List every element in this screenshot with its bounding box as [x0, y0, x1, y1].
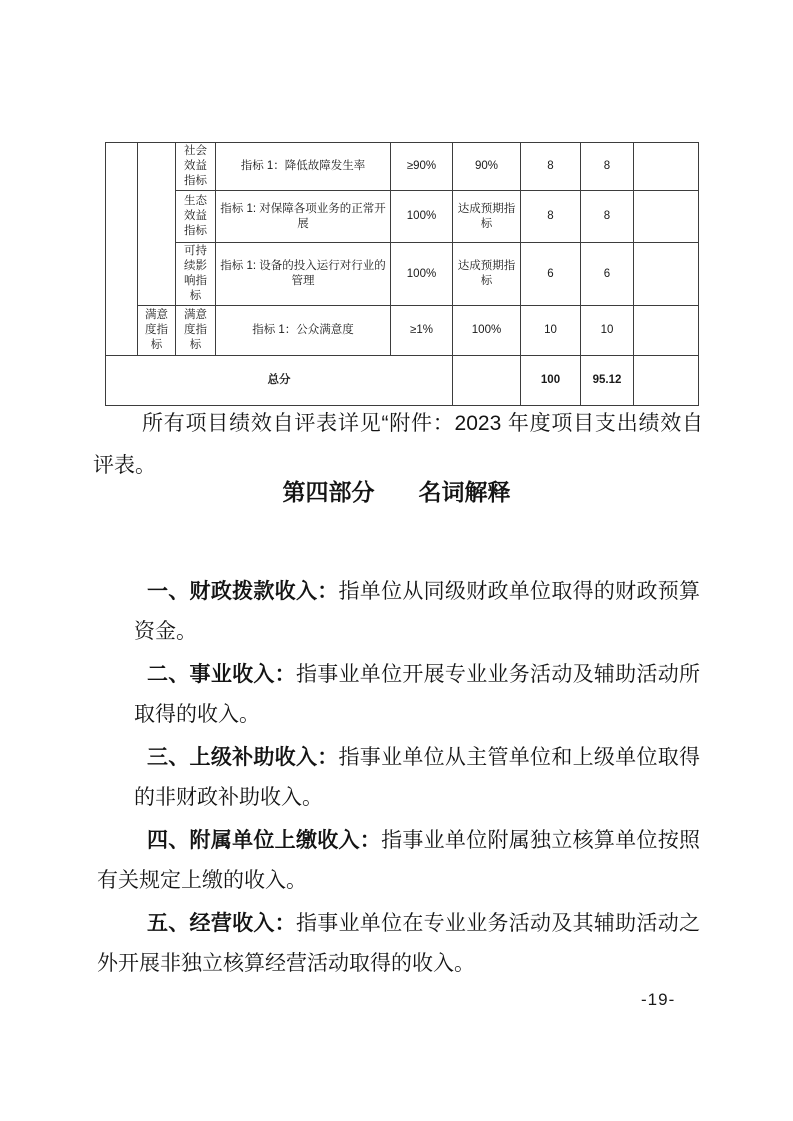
- glossary-term: 四、附属单位上缴收入：: [147, 829, 381, 852]
- performance-score-table: 社会效益指标 指标 1：降低故障发生率 ≥90% 90% 8 8 生态效益指标 …: [105, 142, 699, 406]
- table-total-row: 总分 100 95.12: [106, 356, 699, 406]
- cell-note-empty: [634, 306, 699, 356]
- cell-completion: 90%: [453, 143, 521, 191]
- section-heading-part: 第四部分: [283, 479, 375, 505]
- cell-indicator: 指标 1: 设备的投入运行对行业的管理: [216, 243, 391, 306]
- glossary-term: 三、上级补助收入：: [147, 746, 339, 769]
- table-row: 社会效益指标 指标 1：降低故障发生率 ≥90% 90% 8 8: [106, 143, 699, 191]
- cell-note-empty: [634, 243, 699, 306]
- glossary-item: 三、上级补助收入：指事业单位从主管单位和上级单位取得的非财政补助收入。: [97, 738, 700, 818]
- cell-points: 6: [521, 243, 581, 306]
- cell-total-label: 总分: [106, 356, 453, 406]
- cell-score: 10: [581, 306, 634, 356]
- cell-indicator: 指标 1：降低故障发生率: [216, 143, 391, 191]
- cell-points: 8: [521, 143, 581, 191]
- cell-level1-empty: [106, 143, 138, 356]
- glossary-item: 一、财政拨款收入：指单位从同级财政单位取得的财政预算资金。: [97, 572, 700, 652]
- cell-points: 8: [521, 191, 581, 243]
- cell-level2-empty: [138, 143, 176, 306]
- cell-note-empty: [634, 191, 699, 243]
- cell-level3: 生态效益指标: [176, 191, 216, 243]
- glossary-term: 二、事业收入：: [147, 663, 296, 686]
- glossary-item: 四、附属单位上缴收入：指事业单位附属独立核算单位按照有关规定上缴的收入。: [97, 821, 700, 901]
- cell-note-empty: [634, 356, 699, 406]
- cell-completion: 达成预期指标: [453, 191, 521, 243]
- section-heading: 第四部分名词解释: [0, 477, 793, 507]
- cell-score: 8: [581, 191, 634, 243]
- cell-target: 100%: [391, 243, 453, 306]
- table-row: 满意度指标 满意度指标 指标 1：公众满意度 ≥1% 100% 10 10: [106, 306, 699, 356]
- cell-score: 6: [581, 243, 634, 306]
- cell-level3: 社会效益指标: [176, 143, 216, 191]
- section-heading-title: 名词解释: [419, 479, 511, 505]
- cell-level2: 满意度指标: [138, 306, 176, 356]
- table-row: 可持续影响指标 指标 1: 设备的投入运行对行业的管理 100% 达成预期指标 …: [106, 243, 699, 306]
- table-row: 生态效益指标 指标 1: 对保障各项业务的正常开展 100% 达成预期指标 8 …: [106, 191, 699, 243]
- cell-level3: 满意度指标: [176, 306, 216, 356]
- cell-note-empty: [634, 143, 699, 191]
- document-page: 社会效益指标 指标 1：降低故障发生率 ≥90% 90% 8 8 生态效益指标 …: [0, 0, 793, 1121]
- cell-target: ≥90%: [391, 143, 453, 191]
- glossary-section: 一、财政拨款收入：指单位从同级财政单位取得的财政预算资金。 二、事业收入：指事业…: [97, 572, 700, 987]
- cell-indicator: 指标 1: 对保障各项业务的正常开展: [216, 191, 391, 243]
- cell-score: 8: [581, 143, 634, 191]
- cell-total-points: 100: [521, 356, 581, 406]
- cell-target: ≥1%: [391, 306, 453, 356]
- cell-indicator: 指标 1：公众满意度: [216, 306, 391, 356]
- cell-total-score: 95.12: [581, 356, 634, 406]
- cell-total-blank: [453, 356, 521, 406]
- cell-points: 10: [521, 306, 581, 356]
- glossary-term: 五、经营收入：: [147, 912, 296, 935]
- cell-completion: 100%: [453, 306, 521, 356]
- intro-paragraph: 所有项目绩效自评表详见“附件：2023 年度项目支出绩效自评表。: [93, 403, 703, 487]
- cell-target: 100%: [391, 191, 453, 243]
- cell-completion: 达成预期指标: [453, 243, 521, 306]
- page-number: -19-: [641, 990, 675, 1010]
- glossary-item: 二、事业收入：指事业单位开展专业业务活动及辅助活动所取得的收入。: [97, 655, 700, 735]
- glossary-term: 一、财政拨款收入：: [147, 580, 339, 603]
- glossary-item: 五、经营收入：指事业单位在专业业务活动及其辅助活动之外开展非独立核算经营活动取得…: [97, 904, 700, 984]
- cell-level3: 可持续影响指标: [176, 243, 216, 306]
